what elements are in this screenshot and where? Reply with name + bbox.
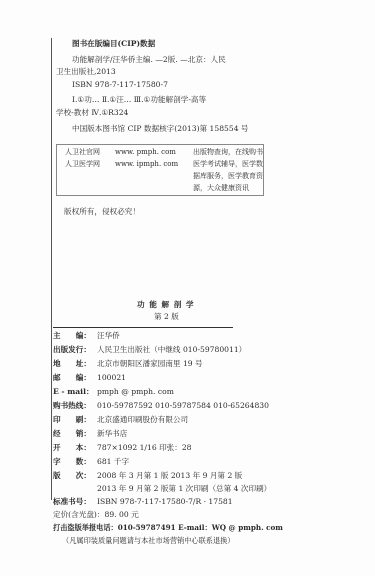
left-margin-rule: [51, 38, 52, 500]
cip-class-line1: Ⅰ.①功… Ⅱ.①汪… Ⅲ.①功能解剖学-高等: [72, 95, 206, 105]
title-divider: [53, 327, 233, 328]
box-desc1: 出版物查询，在线购书: [193, 147, 263, 157]
detail-printing: 2013 年 9 月第 2 版第 1 次印刷（总第 4 次印刷）: [53, 484, 271, 494]
website-box: 人卫社官网 www. pmph. com 出版物查询，在线购书 人卫医学网 ww…: [56, 144, 264, 196]
box-desc2: 医学考试辅导，医学数: [193, 159, 263, 169]
cip-class-line2: 学校-教材 Ⅳ.①R324: [56, 108, 128, 118]
cip-isbn: ISBN 978-7-117-17580-7: [72, 80, 168, 90]
quality-notice: （凡属印装质量问题请与本社市场营销中心联系退换）: [62, 536, 235, 546]
detail-price: 定价(含光盘)：89. 00 元: [53, 510, 139, 520]
site2-url[interactable]: www. ipmph. com: [115, 159, 178, 169]
piracy-report-line: 打击盗版举报电话：010-59787491 E-mail：WQ @ pmph. …: [53, 523, 283, 533]
site2-name: 人卫医学网: [65, 159, 100, 169]
detail-wordcount: 字 数：681 千字: [53, 457, 129, 467]
book-title: 功 能 解 剖 学: [137, 300, 195, 310]
cip-line2: 卫生出版社,2013: [56, 67, 116, 77]
detail-publisher: 出版发行：人民卫生出版社（中继线 010-59780011）: [53, 345, 246, 355]
detail-edition: 版 次：2008 年 3 月第 1 版 2013 年 9 月第 2 版: [53, 471, 242, 481]
detail-format: 开 本：787×1092 1/16 印张：28: [53, 443, 192, 453]
cip-line1: 功能解剖学/汪华侨主编. —2版. —北京：人民: [72, 55, 226, 65]
detail-distributor: 经 销：新华书店: [53, 429, 127, 439]
detail-isbn: 标准书号：ISBN 978-7-117-17580-7/R · 17581: [53, 497, 233, 507]
detail-printer: 印 刷：北京盛通印刷股份有限公司: [53, 415, 188, 425]
cip-number: 中国版本图书馆 CIP 数据核字(2013)第 158554 号: [72, 124, 249, 134]
detail-hotline: 购书热线：010-59787592 010-59787584 010-65264…: [53, 401, 269, 411]
box-desc3: 据库服务，医学教育资: [193, 171, 263, 181]
site1-url[interactable]: www. pmph. com: [115, 147, 176, 157]
box-desc4: 源，大众健康资讯: [193, 183, 249, 193]
site1-name: 人卫社官网: [65, 147, 100, 157]
detail-postcode: 邮 编：100021: [53, 373, 126, 383]
detail-email: E - mail：pmph @ pmph. com: [53, 387, 174, 397]
detail-editor: 主 编：汪华侨: [53, 331, 120, 341]
cip-heading: 图书在版编目(CIP)数据: [72, 39, 155, 49]
copyright-notice: 版权所有，侵权必究！: [64, 207, 140, 217]
book-edition: 第 2 版: [154, 312, 179, 322]
detail-address: 地 址：北京市朝阳区潘家园南里 19 号: [53, 359, 203, 369]
